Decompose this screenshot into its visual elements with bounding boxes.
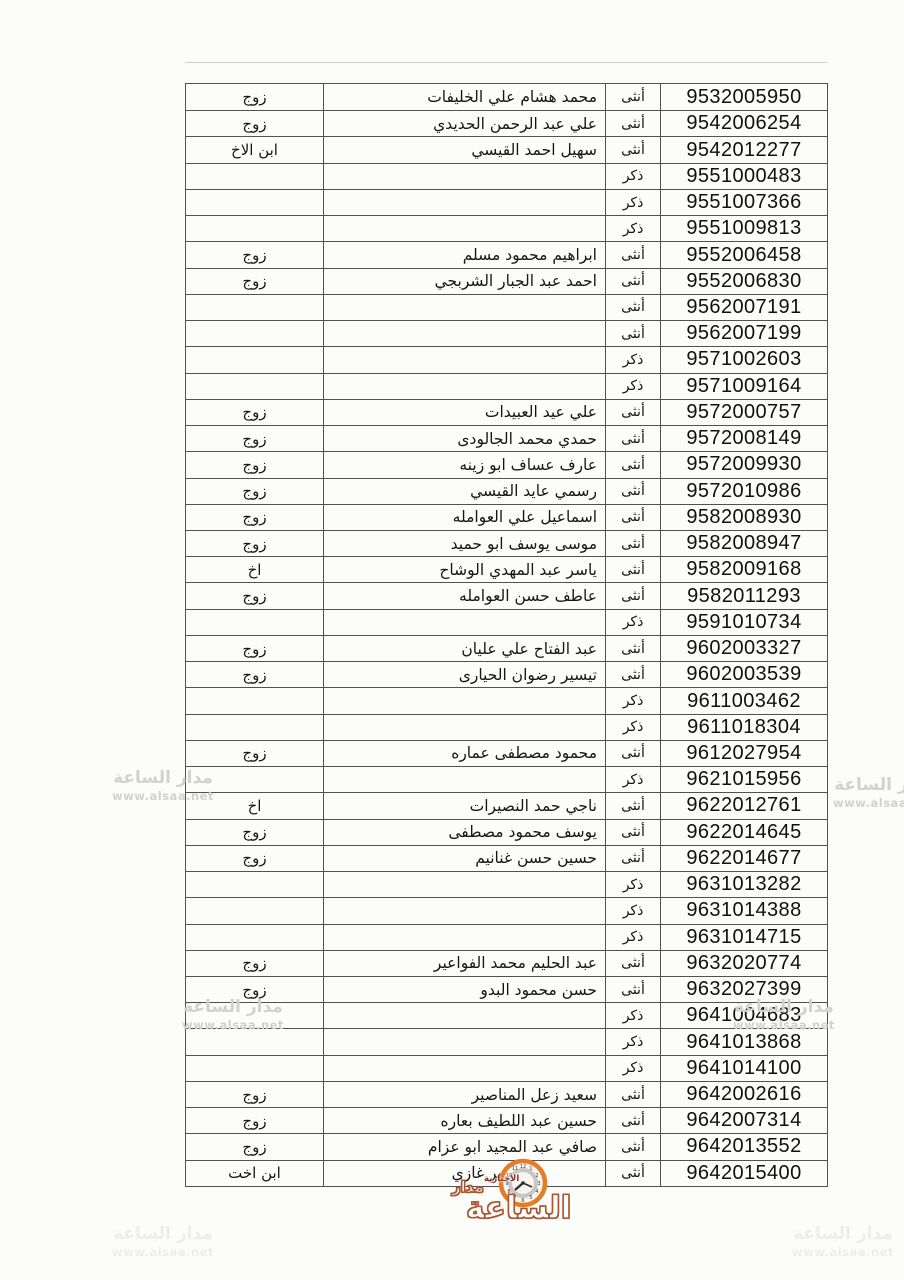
id-cell: 9621015956	[660, 767, 827, 792]
relation-cell: زوج	[186, 846, 323, 871]
gender-cell: أنثى	[605, 741, 660, 766]
table-row: اخناجي حمد النصيراتأنثى9622012761	[186, 792, 827, 818]
name-cell	[323, 347, 605, 372]
gender-cell: أنثى	[605, 977, 660, 1002]
id-cell: 9622014645	[660, 820, 827, 845]
table-row: زوجحسن محمود البدوأنثى9632027399	[186, 976, 827, 1002]
gender-cell: أنثى	[605, 452, 660, 477]
name-cell: الفقير غازي	[323, 1161, 605, 1186]
name-cell	[323, 715, 605, 740]
table-row: زوجعلي عيد العبيداتأنثى9572000757	[186, 399, 827, 425]
relation-cell	[186, 295, 323, 320]
gender-cell: ذكر	[605, 216, 660, 241]
id-cell: 9572009930	[660, 452, 827, 477]
relation-cell: زوج	[186, 505, 323, 530]
id-cell: 9611003462	[660, 688, 827, 713]
table-row: ذكر9641013868	[186, 1028, 827, 1054]
id-cell: 9542012277	[660, 137, 827, 162]
name-cell: علي عبد الرحمن الحديدي	[323, 111, 605, 136]
relation-cell: اخ	[186, 793, 323, 818]
table-top-cut-line	[185, 62, 828, 63]
id-cell: 9631014715	[660, 925, 827, 950]
name-cell	[323, 1029, 605, 1054]
watermark-title: مدار الساعة	[792, 1224, 894, 1245]
name-cell: حمدي محمد الجالودى	[323, 426, 605, 451]
svg-text:8: 8	[507, 1189, 510, 1195]
name-cell: رسمي عايد القيسي	[323, 479, 605, 504]
table-row: ذكر9631014388	[186, 897, 827, 923]
name-cell: ناجي حمد النصيرات	[323, 793, 605, 818]
name-cell: حسن محمود البدو	[323, 977, 605, 1002]
id-cell: 9622012761	[660, 793, 827, 818]
table-row: زوجعبد الفتاح علي عليانأنثى9602003327	[186, 635, 827, 661]
id-cell: 9641013868	[660, 1029, 827, 1054]
svg-text:4: 4	[535, 1189, 538, 1195]
name-cell: عاطف حسن العوامله	[323, 583, 605, 608]
gender-cell: أنثى	[605, 1161, 660, 1186]
relation-cell: ابن اخت	[186, 1161, 323, 1186]
relation-cell	[186, 715, 323, 740]
name-cell: ابراهيم محمود مسلم	[323, 242, 605, 267]
gender-cell: أنثى	[605, 321, 660, 346]
svg-text:6: 6	[521, 1198, 524, 1204]
id-cell: 9642015400	[660, 1161, 827, 1186]
relation-cell	[186, 374, 323, 399]
id-cell: 9551009813	[660, 216, 827, 241]
id-cell: 9631014388	[660, 898, 827, 923]
table-row: زوجمحمود مصطفى عمارهأنثى9612027954	[186, 740, 827, 766]
id-cell: 9582008930	[660, 505, 827, 530]
relation-cell	[186, 872, 323, 897]
gender-cell: أنثى	[605, 1134, 660, 1159]
records-table: زوجمحمد هشام علي الخليفاتأنثى9532005950ز…	[185, 83, 828, 1187]
relation-cell: زوج	[186, 242, 323, 267]
relation-cell: ابن الاخ	[186, 137, 323, 162]
gender-cell: أنثى	[605, 426, 660, 451]
id-cell: 9591010734	[660, 610, 827, 635]
gender-cell: أنثى	[605, 793, 660, 818]
name-cell: محمود مصطفى عماره	[323, 741, 605, 766]
table-row: زوجيوسف محمود مصطفىأنثى9622014645	[186, 819, 827, 845]
name-cell	[323, 610, 605, 635]
name-cell: علي عيد العبيدات	[323, 400, 605, 425]
table-row: زوجاحمد عبد الجبار الشربجيأنثى9552006830	[186, 268, 827, 294]
name-cell: حسين عبد اللطيف بعاره	[323, 1108, 605, 1133]
name-cell: عارف عساف ابو زينه	[323, 452, 605, 477]
table-row: ذكر9641004683	[186, 1002, 827, 1028]
table-row: اخياسر عبد المهدي الوشاحأنثى9582009168	[186, 556, 827, 582]
gender-cell: أنثى	[605, 269, 660, 294]
gender-cell: ذكر	[605, 164, 660, 189]
svg-text:5: 5	[529, 1195, 532, 1201]
relation-cell: زوج	[186, 84, 323, 110]
name-cell: تيسير رضوان الحيارى	[323, 662, 605, 687]
name-cell: سعيد زعل المناصير	[323, 1082, 605, 1107]
relation-cell	[186, 898, 323, 923]
relation-cell	[186, 925, 323, 950]
table-row: زوجحسين عبد اللطيف بعارهأنثى9642007314	[186, 1107, 827, 1133]
table-row: زوجعارف عساف ابو زينهأنثى9572009930	[186, 451, 827, 477]
name-cell	[323, 872, 605, 897]
relation-cell: زوج	[186, 636, 323, 661]
watermark-url: www.alsaa.net	[112, 1245, 214, 1259]
id-cell: 9642013552	[660, 1134, 827, 1159]
id-cell: 9622014677	[660, 846, 827, 871]
relation-cell: زوج	[186, 1082, 323, 1107]
table-row: ذكر9611003462	[186, 687, 827, 713]
table-row: ذكر9631014715	[186, 924, 827, 950]
table-row: زوجعبد الحليم محمد الفواعيرأنثى963202077…	[186, 950, 827, 976]
table-row: ذكر9641014100	[186, 1055, 827, 1081]
id-cell: 9632020774	[660, 951, 827, 976]
table-row: ذكر9621015956	[186, 766, 827, 792]
gender-cell: ذكر	[605, 1056, 660, 1081]
relation-cell: زوج	[186, 531, 323, 556]
relation-cell: زوج	[186, 269, 323, 294]
svg-text:7: 7	[513, 1195, 516, 1201]
relation-cell: زوج	[186, 111, 323, 136]
gender-cell: أنثى	[605, 820, 660, 845]
logo-text-alsaa: الساعة	[466, 1190, 571, 1226]
table-row: ذكر9611018304	[186, 714, 827, 740]
table-row: ابن الاخسهيل احمد القيسيأنثى9542012277	[186, 136, 827, 162]
gender-cell: أنثى	[605, 662, 660, 687]
table-row: ابن اختالفقير غازيأنثى9642015400	[186, 1160, 827, 1186]
relation-cell	[186, 1029, 323, 1054]
table-row: ذكر9551000483	[186, 163, 827, 189]
id-cell: 9642007314	[660, 1108, 827, 1133]
table-row: زوجتيسير رضوان الحيارىأنثى9602003539	[186, 661, 827, 687]
relation-cell	[186, 164, 323, 189]
name-cell: موسى يوسف ابو حميد	[323, 531, 605, 556]
gender-cell: أنثى	[605, 295, 660, 320]
name-cell: عبد الحليم محمد الفواعير	[323, 951, 605, 976]
relation-cell	[186, 1056, 323, 1081]
gender-cell: ذكر	[605, 688, 660, 713]
gender-cell: ذكر	[605, 715, 660, 740]
id-cell: 9562007191	[660, 295, 827, 320]
relation-cell	[186, 767, 323, 792]
relation-cell: زوج	[186, 741, 323, 766]
gender-cell: أنثى	[605, 400, 660, 425]
gender-cell: أنثى	[605, 557, 660, 582]
gender-cell: أنثى	[605, 636, 660, 661]
gender-cell: ذكر	[605, 872, 660, 897]
relation-cell: زوج	[186, 479, 323, 504]
relation-cell: زوج	[186, 977, 323, 1002]
table-row: ذكر9631013282	[186, 871, 827, 897]
name-cell: صافي عبد المجيد ابو عزام	[323, 1134, 605, 1159]
name-cell: ياسر عبد المهدي الوشاح	[323, 557, 605, 582]
name-cell	[323, 190, 605, 215]
gender-cell: أنثى	[605, 951, 660, 976]
gender-cell: ذكر	[605, 767, 660, 792]
id-cell: 9611018304	[660, 715, 827, 740]
gender-cell: ذكر	[605, 190, 660, 215]
gender-cell: ذكر	[605, 1029, 660, 1054]
gender-cell: أنثى	[605, 583, 660, 608]
table-row: زوجموسى يوسف ابو حميدأنثى9582008947	[186, 530, 827, 556]
gender-cell: ذكر	[605, 925, 660, 950]
id-cell: 9602003539	[660, 662, 827, 687]
id-cell: 9572010986	[660, 479, 827, 504]
gender-cell: ذكر	[605, 898, 660, 923]
id-cell: 9631013282	[660, 872, 827, 897]
table-row: ذكر9571009164	[186, 373, 827, 399]
table-row: زوجحسين حسن غنانيمأنثى9622014677	[186, 845, 827, 871]
id-cell: 9642002616	[660, 1082, 827, 1107]
scanned-document-page: زوجمحمد هشام علي الخليفاتأنثى9532005950ز…	[0, 0, 904, 1280]
relation-cell	[186, 216, 323, 241]
name-cell	[323, 295, 605, 320]
relation-cell	[186, 610, 323, 635]
relation-cell: زوج	[186, 583, 323, 608]
name-cell	[323, 216, 605, 241]
gender-cell: أنثى	[605, 479, 660, 504]
id-cell: 9582011293	[660, 583, 827, 608]
name-cell: اسماعيل علي العوامله	[323, 505, 605, 530]
relation-cell: زوج	[186, 400, 323, 425]
table-row: زوجمحمد هشام علي الخليفاتأنثى9532005950	[186, 84, 827, 110]
relation-cell: زوج	[186, 1134, 323, 1159]
watermark-url: www.alsaa.net	[792, 1245, 894, 1259]
id-cell: 9641004683	[660, 1003, 827, 1028]
relation-cell: زوج	[186, 426, 323, 451]
name-cell	[323, 688, 605, 713]
id-cell: 9602003327	[660, 636, 827, 661]
id-cell: 9551000483	[660, 164, 827, 189]
watermark-title: مدار الساعة	[833, 775, 904, 796]
id-cell: 9632027399	[660, 977, 827, 1002]
table-row: زوجسعيد زعل المناصيرأنثى9642002616	[186, 1081, 827, 1107]
name-cell	[323, 898, 605, 923]
name-cell: حسين حسن غنانيم	[323, 846, 605, 871]
id-cell: 9582009168	[660, 557, 827, 582]
gender-cell: أنثى	[605, 242, 660, 267]
id-cell: 9542006254	[660, 111, 827, 136]
table-row: زوجابراهيم محمود مسلمأنثى9552006458	[186, 241, 827, 267]
gender-cell: ذكر	[605, 1003, 660, 1028]
relation-cell: زوج	[186, 662, 323, 687]
name-cell	[323, 374, 605, 399]
table-row: زوجعلي عبد الرحمن الحديديأنثى9542006254	[186, 110, 827, 136]
table-row: ذكر9551007366	[186, 189, 827, 215]
gender-cell: أنثى	[605, 1082, 660, 1107]
name-cell: سهيل احمد القيسي	[323, 137, 605, 162]
relation-cell	[186, 190, 323, 215]
gender-cell: أنثى	[605, 1108, 660, 1133]
watermark-url: www.alsaa.net	[833, 796, 904, 810]
id-cell: 9571002603	[660, 347, 827, 372]
name-cell: يوسف محمود مصطفى	[323, 820, 605, 845]
id-cell: 9582008947	[660, 531, 827, 556]
relation-cell	[186, 688, 323, 713]
id-cell: 9532005950	[660, 84, 827, 110]
relation-cell: زوج	[186, 452, 323, 477]
table-row: زوجعاطف حسن العواملهأنثى9582011293	[186, 582, 827, 608]
relation-cell: زوج	[186, 820, 323, 845]
id-cell: 9552006458	[660, 242, 827, 267]
watermark-title: مدار الساعة	[112, 1224, 214, 1245]
gender-cell: ذكر	[605, 347, 660, 372]
gender-cell: ذكر	[605, 610, 660, 635]
name-cell	[323, 767, 605, 792]
table-row: أنثى9562007191	[186, 294, 827, 320]
table-row: زوجحمدي محمد الجالودىأنثى9572008149	[186, 425, 827, 451]
id-cell: 9572000757	[660, 400, 827, 425]
gender-cell: أنثى	[605, 531, 660, 556]
relation-cell: زوج	[186, 1108, 323, 1133]
gender-cell: أنثى	[605, 137, 660, 162]
name-cell	[323, 321, 605, 346]
table-row: زوجاسماعيل علي العواملهأنثى9582008930	[186, 504, 827, 530]
gender-cell: ذكر	[605, 374, 660, 399]
id-cell: 9612027954	[660, 741, 827, 766]
relation-cell	[186, 321, 323, 346]
watermark-madar-alsaa: مدار الساعة www.alsaa.net	[833, 775, 904, 811]
relation-cell	[186, 347, 323, 372]
table-row: زوجصافي عبد المجيد ابو عزامأنثى964201355…	[186, 1133, 827, 1159]
name-cell	[323, 1003, 605, 1028]
id-cell: 9572008149	[660, 426, 827, 451]
gender-cell: أنثى	[605, 505, 660, 530]
table-row: ذكر9551009813	[186, 215, 827, 241]
id-cell: 9551007366	[660, 190, 827, 215]
gender-cell: أنثى	[605, 846, 660, 871]
name-cell: محمد هشام علي الخليفات	[323, 84, 605, 110]
name-cell: احمد عبد الجبار الشربجي	[323, 269, 605, 294]
gender-cell: أنثى	[605, 84, 660, 110]
name-cell	[323, 1056, 605, 1081]
name-cell: عبد الفتاح علي عليان	[323, 636, 605, 661]
gender-cell: أنثى	[605, 111, 660, 136]
name-cell	[323, 164, 605, 189]
name-cell	[323, 925, 605, 950]
id-cell: 9571009164	[660, 374, 827, 399]
id-cell: 9641014100	[660, 1056, 827, 1081]
table-row: أنثى9562007199	[186, 320, 827, 346]
watermark-madar-alsaa: مدار الساعة www.alsaa.net	[792, 1224, 894, 1260]
relation-cell: اخ	[186, 557, 323, 582]
table-row: ذكر9571002603	[186, 346, 827, 372]
table-row: زوجرسمي عايد القيسيأنثى9572010986	[186, 478, 827, 504]
table-row: ذكر9591010734	[186, 609, 827, 635]
id-cell: 9562007199	[660, 321, 827, 346]
id-cell: 9552006830	[660, 269, 827, 294]
watermark-madar-alsaa: مدار الساعة www.alsaa.net	[112, 1224, 214, 1260]
relation-cell	[186, 1003, 323, 1028]
relation-cell: زوج	[186, 951, 323, 976]
